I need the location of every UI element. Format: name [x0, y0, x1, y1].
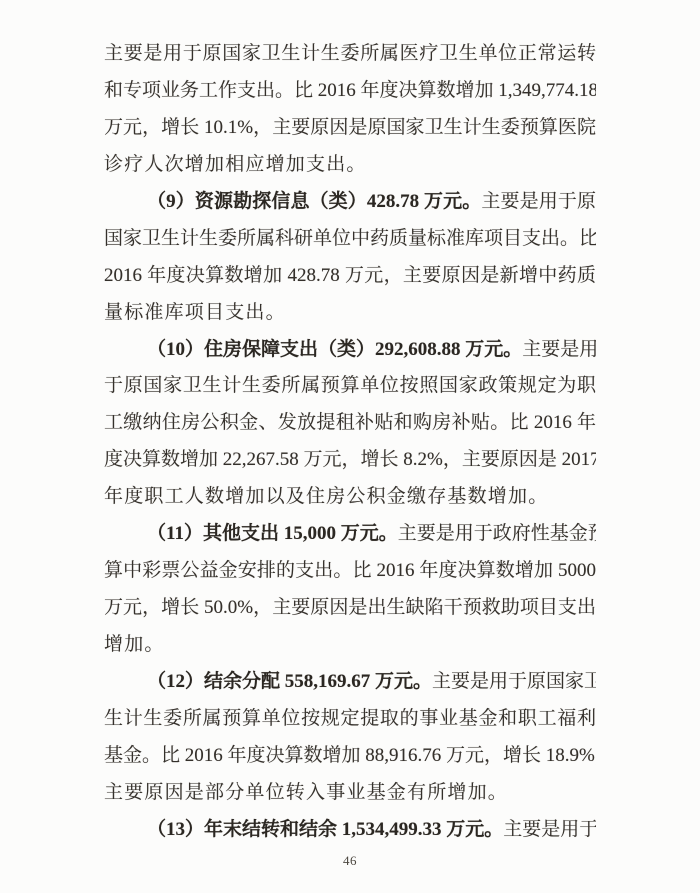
text-line: 和专项业务工作支出。比 2016 年度决算数增加 1,349,774.18 — [104, 73, 596, 110]
section-heading-segment: （11）其他支出 15,000 万元。 — [147, 523, 398, 544]
section-heading-segment: （12）结余分配 558,169.67 万元。 — [147, 671, 432, 692]
body-text-segment: 工缴纳住房公积金、发放提租补贴和购房补贴。比 2016 年 — [104, 412, 596, 433]
text-line: 度决算数增加 22,267.58 万元，增长 8.2%，主要原因是 2017 — [104, 442, 596, 479]
text-line: 主要是用于原国家卫生计生委所属医疗卫生单位正常运转 — [104, 36, 596, 73]
body-text-segment: 生计生委所属预算单位按规定提取的事业基金和职工福利 — [104, 708, 596, 729]
text-line: 万元，增长 10.1%，主要原因是原国家卫生计生委预算医院 — [104, 110, 596, 147]
section-heading-segment: （13）年末结转和结余 1,534,499.33 万元。 — [147, 819, 503, 840]
text-line: 诊疗人次增加相应增加支出。 — [104, 147, 596, 184]
section-heading-segment: （9）资源勘探信息（类）428.78 万元。 — [147, 191, 481, 212]
body-text-segment: 主要是用 — [522, 339, 596, 360]
page-number: 46 — [0, 853, 700, 869]
text-line: 算中彩票公益金安排的支出。比 2016 年度决算数增加 5000 — [104, 553, 596, 590]
text-line: 工缴纳住房公积金、发放提租补贴和购房补贴。比 2016 年 — [104, 405, 596, 442]
body-text-segment: 主要是用于原 — [481, 191, 596, 212]
body-text-segment: 增加。 — [104, 634, 165, 655]
document-page: 主要是用于原国家卫生计生委所属医疗卫生单位正常运转和专项业务工作支出。比 201… — [0, 0, 700, 893]
body-text-segment: 万元，增长 10.1%，主要原因是原国家卫生计生委预算医院 — [104, 117, 596, 138]
body-text-segment: 万元，增长 50.0%，主要原因是出生缺陷干预救助项目支出 — [104, 597, 596, 618]
text-line: （10）住房保障支出（类）292,608.88 万元。主要是用 — [104, 332, 596, 369]
body-text-segment: 于原国家卫生计生委所属预算单位按照国家政策规定为职 — [104, 375, 596, 396]
body-text-segment: 算中彩票公益金安排的支出。比 2016 年度决算数增加 5000 — [104, 560, 596, 581]
body-text-segment: 年度职工人数增加以及住房公积金缴存基数增加。 — [104, 486, 548, 507]
body-text-segment: 量标准库项目支出。 — [104, 302, 286, 323]
text-line: 万元，增长 50.0%，主要原因是出生缺陷干预救助项目支出 — [104, 590, 596, 627]
text-line: 基金。比 2016 年度决算数增加 88,916.76 万元，增长 18.9%， — [104, 738, 596, 775]
section-heading-segment: （10）住房保障支出（类）292,608.88 万元。 — [147, 339, 522, 360]
text-line: 年度职工人数增加以及住房公积金缴存基数增加。 — [104, 479, 596, 516]
body-text-segment: 诊疗人次增加相应增加支出。 — [104, 154, 367, 175]
text-line: （13）年末结转和结余 1,534,499.33 万元。主要是用于 — [104, 812, 596, 849]
body-text-segment: 主要原因是部分单位转入事业基金有所增加。 — [104, 782, 508, 803]
text-line: 主要原因是部分单位转入事业基金有所增加。 — [104, 775, 596, 812]
text-line: 量标准库项目支出。 — [104, 295, 596, 332]
body-text-segment: 2016 年度决算数增加 428.78 万元，主要原因是新增中药质 — [104, 265, 596, 286]
body-text-segment: 和专项业务工作支出。比 2016 年度决算数增加 1,349,774.18 — [104, 80, 596, 101]
body-text-segment: 主要是用于原国家卫生计生委所属医疗卫生单位正常运转 — [104, 43, 596, 64]
text-line: 2016 年度决算数增加 428.78 万元，主要原因是新增中药质 — [104, 258, 596, 295]
text-line: （12）结余分配 558,169.67 万元。主要是用于原国家卫 — [104, 664, 596, 701]
text-line: 增加。 — [104, 627, 596, 664]
body-text-segment: 主要是用于政府性基金预 — [398, 523, 596, 544]
body-text: 主要是用于原国家卫生计生委所属医疗卫生单位正常运转和专项业务工作支出。比 201… — [104, 36, 596, 849]
body-text-segment: 基金。比 2016 年度决算数增加 88,916.76 万元，增长 18.9%， — [104, 745, 596, 766]
text-line: 于原国家卫生计生委所属预算单位按照国家政策规定为职 — [104, 368, 596, 405]
text-line: （11）其他支出 15,000 万元。主要是用于政府性基金预 — [104, 516, 596, 553]
text-line: 生计生委所属预算单位按规定提取的事业基金和职工福利 — [104, 701, 596, 738]
body-text-segment: 度决算数增加 22,267.58 万元，增长 8.2%，主要原因是 2017 — [104, 449, 596, 470]
body-text-segment: 主要是用于原国家卫 — [432, 671, 596, 692]
body-text-segment: 主要是用于 — [503, 819, 596, 840]
body-text-segment: 国家卫生计生委所属科研单位中药质量标准库项目支出。比 — [104, 228, 596, 249]
text-line: 国家卫生计生委所属科研单位中药质量标准库项目支出。比 — [104, 221, 596, 258]
text-line: （9）资源勘探信息（类）428.78 万元。主要是用于原 — [104, 184, 596, 221]
